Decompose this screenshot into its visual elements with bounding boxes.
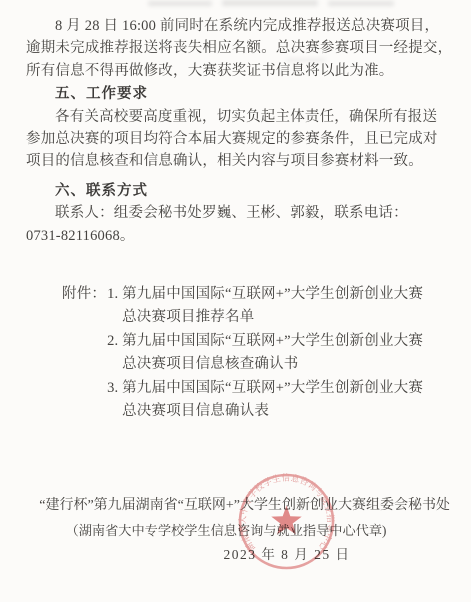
attachment-title-line: 第九届中国国际“互联网+”大学生创新创业大赛 xyxy=(122,283,423,306)
body-line: 各有关高校要高度重视，切实负起主体责任，确保所有报送 xyxy=(26,106,440,128)
signature-org: “建行杯”第九届湖南省“互联网+”大学生创新创业大赛组委会秘书处 xyxy=(26,494,450,514)
paragraph-deadline: 8 月 28 日 16:00 前同时在系统内完成推荐报送总决赛项目， 逾期未完成… xyxy=(26,15,440,82)
body-line: 项目的信息核查和信息确认，相关内容与项目参赛材料一致。 xyxy=(26,150,440,172)
signature-date: 2023 年 8 月 25 日 xyxy=(122,543,452,563)
attachment-title-line: 第九届中国国际“互联网+”大学生创新创业大赛 xyxy=(122,330,423,353)
body-line: 8 月 28 日 16:00 前同时在系统内完成推荐报送总决赛项目， xyxy=(26,15,440,37)
section-heading-work-requirements: 五、工作要求 xyxy=(26,83,440,105)
attachment-list: 附件： 1. 第九届中国国际“互联网+”大学生创新创业大赛 总决赛项目推荐名单 … xyxy=(26,283,440,423)
signature-org-note: （湖南省大中专学校学生信息咨询与就业指导中心代章) xyxy=(0,520,452,539)
attachment-item-2: 2. 第九届中国国际“互联网+”大学生创新创业大赛 总决赛项目信息核查确认书 xyxy=(107,330,423,377)
attachment-number: 3. xyxy=(107,377,122,424)
body-line: 所有信息不得再做修改，大赛获奖证书信息将以此为准。 xyxy=(26,60,440,82)
attachment-title-line: 总决赛项目信息确认表 xyxy=(122,400,423,423)
attachment-label: 附件： xyxy=(62,283,106,423)
paragraph-work-requirements: 各有关高校要高度重视，切实负起主体责任，确保所有报送 参加总决赛的项目均符合本届… xyxy=(26,106,440,173)
attachment-title-line: 总决赛项目信息核查确认书 xyxy=(122,353,423,376)
attachment-number: 2. xyxy=(107,330,122,377)
attachment-item-3: 3. 第九届中国国际“互联网+”大学生创新创业大赛 总决赛项目信息确认表 xyxy=(107,377,423,424)
body-line: 逾期未完成推荐报送将丧失相应名额。总决赛参赛项目一经提交， xyxy=(26,37,440,59)
attachment-item-1: 1. 第九届中国国际“互联网+”大学生创新创业大赛 总决赛项目推荐名单 xyxy=(107,283,423,330)
attachment-title-line: 总决赛项目推荐名单 xyxy=(122,306,423,329)
attachment-number: 1. xyxy=(107,283,122,330)
section-heading-contact: 六、联系方式 xyxy=(26,180,440,202)
document-page: 8 月 28 日 16:00 前同时在系统内完成推荐报送总决赛项目， 逾期未完成… xyxy=(0,0,471,602)
paragraph-contact: 联系人：组委会秘书处罗巍、王彬、郭毅，联系电话： 0731-82116068。 xyxy=(26,202,440,247)
document-body: 8 月 28 日 16:00 前同时在系统内完成推荐报送总决赛项目， 逾期未完成… xyxy=(26,0,440,424)
body-line: 参加总决赛的项目均符合本届大赛规定的参赛条件，且已完成对 xyxy=(26,128,440,150)
contact-phone-number: 0731-82116068。 xyxy=(26,225,440,247)
body-line: 联系人：组委会秘书处罗巍、王彬、郭毅，联系电话： xyxy=(26,202,440,224)
attachment-title-line: 第九届中国国际“互联网+”大学生创新创业大赛 xyxy=(122,377,423,400)
